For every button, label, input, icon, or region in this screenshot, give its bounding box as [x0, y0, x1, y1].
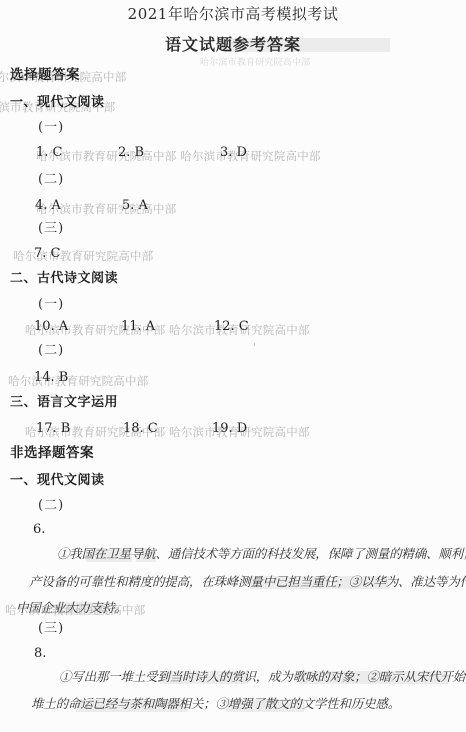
section3-header: 三、语言文字运用: [10, 396, 118, 411]
answer-q1: 1. C: [36, 146, 62, 161]
section2-header: 二、古代诗文阅读: [10, 272, 118, 287]
answer6-line2: 产设备的可靠性和精度的提高，在珠峰测量中已担当重任；③以华为、准达等为代表的: [29, 575, 466, 589]
watermark-mark: ': [253, 341, 256, 354]
part-label: (一): [38, 121, 64, 136]
answer-q18: 18. C: [123, 422, 158, 437]
answer-q10: 10. A: [34, 320, 68, 335]
choice-answers-header: 选择题答案: [10, 68, 80, 84]
answer-q14: 14. B: [34, 371, 68, 386]
document-title: 2021年哈尔滨市高考模拟考试: [0, 6, 466, 23]
answer-q3: 3. D: [220, 146, 247, 161]
answer8-line2: 堆土的命运已经与茶和陶器相关；③增强了散文的文学性和历史感。: [31, 697, 400, 711]
answer-q12: 12. C: [214, 320, 249, 335]
part-label: (二): [38, 173, 64, 188]
answer-q17: 17. B: [36, 422, 70, 437]
answer-q5: 5. A: [122, 199, 148, 214]
subjective-section1-header: 一、现代文阅读: [10, 474, 105, 489]
question6-label: 6.: [33, 523, 45, 538]
part-label: (三): [38, 622, 64, 637]
answer-q4: 4. A: [35, 199, 61, 214]
answer6-line1: ①我国在卫星导航、通信技术等方面的科技发展，保障了测量的精确、顺利；②国: [57, 547, 466, 561]
part-label: (二): [38, 499, 64, 514]
answer-q11: 11. A: [121, 320, 155, 335]
watermark-text: 哈尔滨市教育研究院高中部: [8, 373, 148, 389]
answer-q19: 19. D: [212, 422, 247, 437]
section1-header: 一、现代文阅读: [10, 96, 105, 111]
part-label: (三): [38, 222, 64, 237]
document-subtitle: 语文试题参考答案: [0, 36, 466, 54]
part-label: (二): [38, 344, 64, 359]
answer-q2: 2. B: [118, 146, 144, 161]
subjective-answers-header: 非选择题答案: [10, 446, 94, 462]
part-label: (一): [38, 298, 64, 313]
watermark-text: 哈尔滨市教育研究院高中部 哈尔滨市教育研究院高中部: [36, 148, 321, 164]
answer-key-document: 哈尔滨市教育研究院高中部 哈尔滨市教育研究院高中部 哈尔滨市教育研究院高中部 哈…: [0, 0, 466, 732]
answer8-line1: ①写出那一堆土受到当时诗人的赏识，成为歌咏的对象；②暗示从宋代开始，那一: [59, 670, 466, 684]
answer6-line3: 中国企业大力支持。: [16, 601, 127, 615]
question8-label: 8.: [34, 647, 46, 662]
watermark-text: 哈尔滨市教育研究院高中部: [200, 55, 310, 68]
answer-q7: 7. C: [34, 247, 60, 262]
